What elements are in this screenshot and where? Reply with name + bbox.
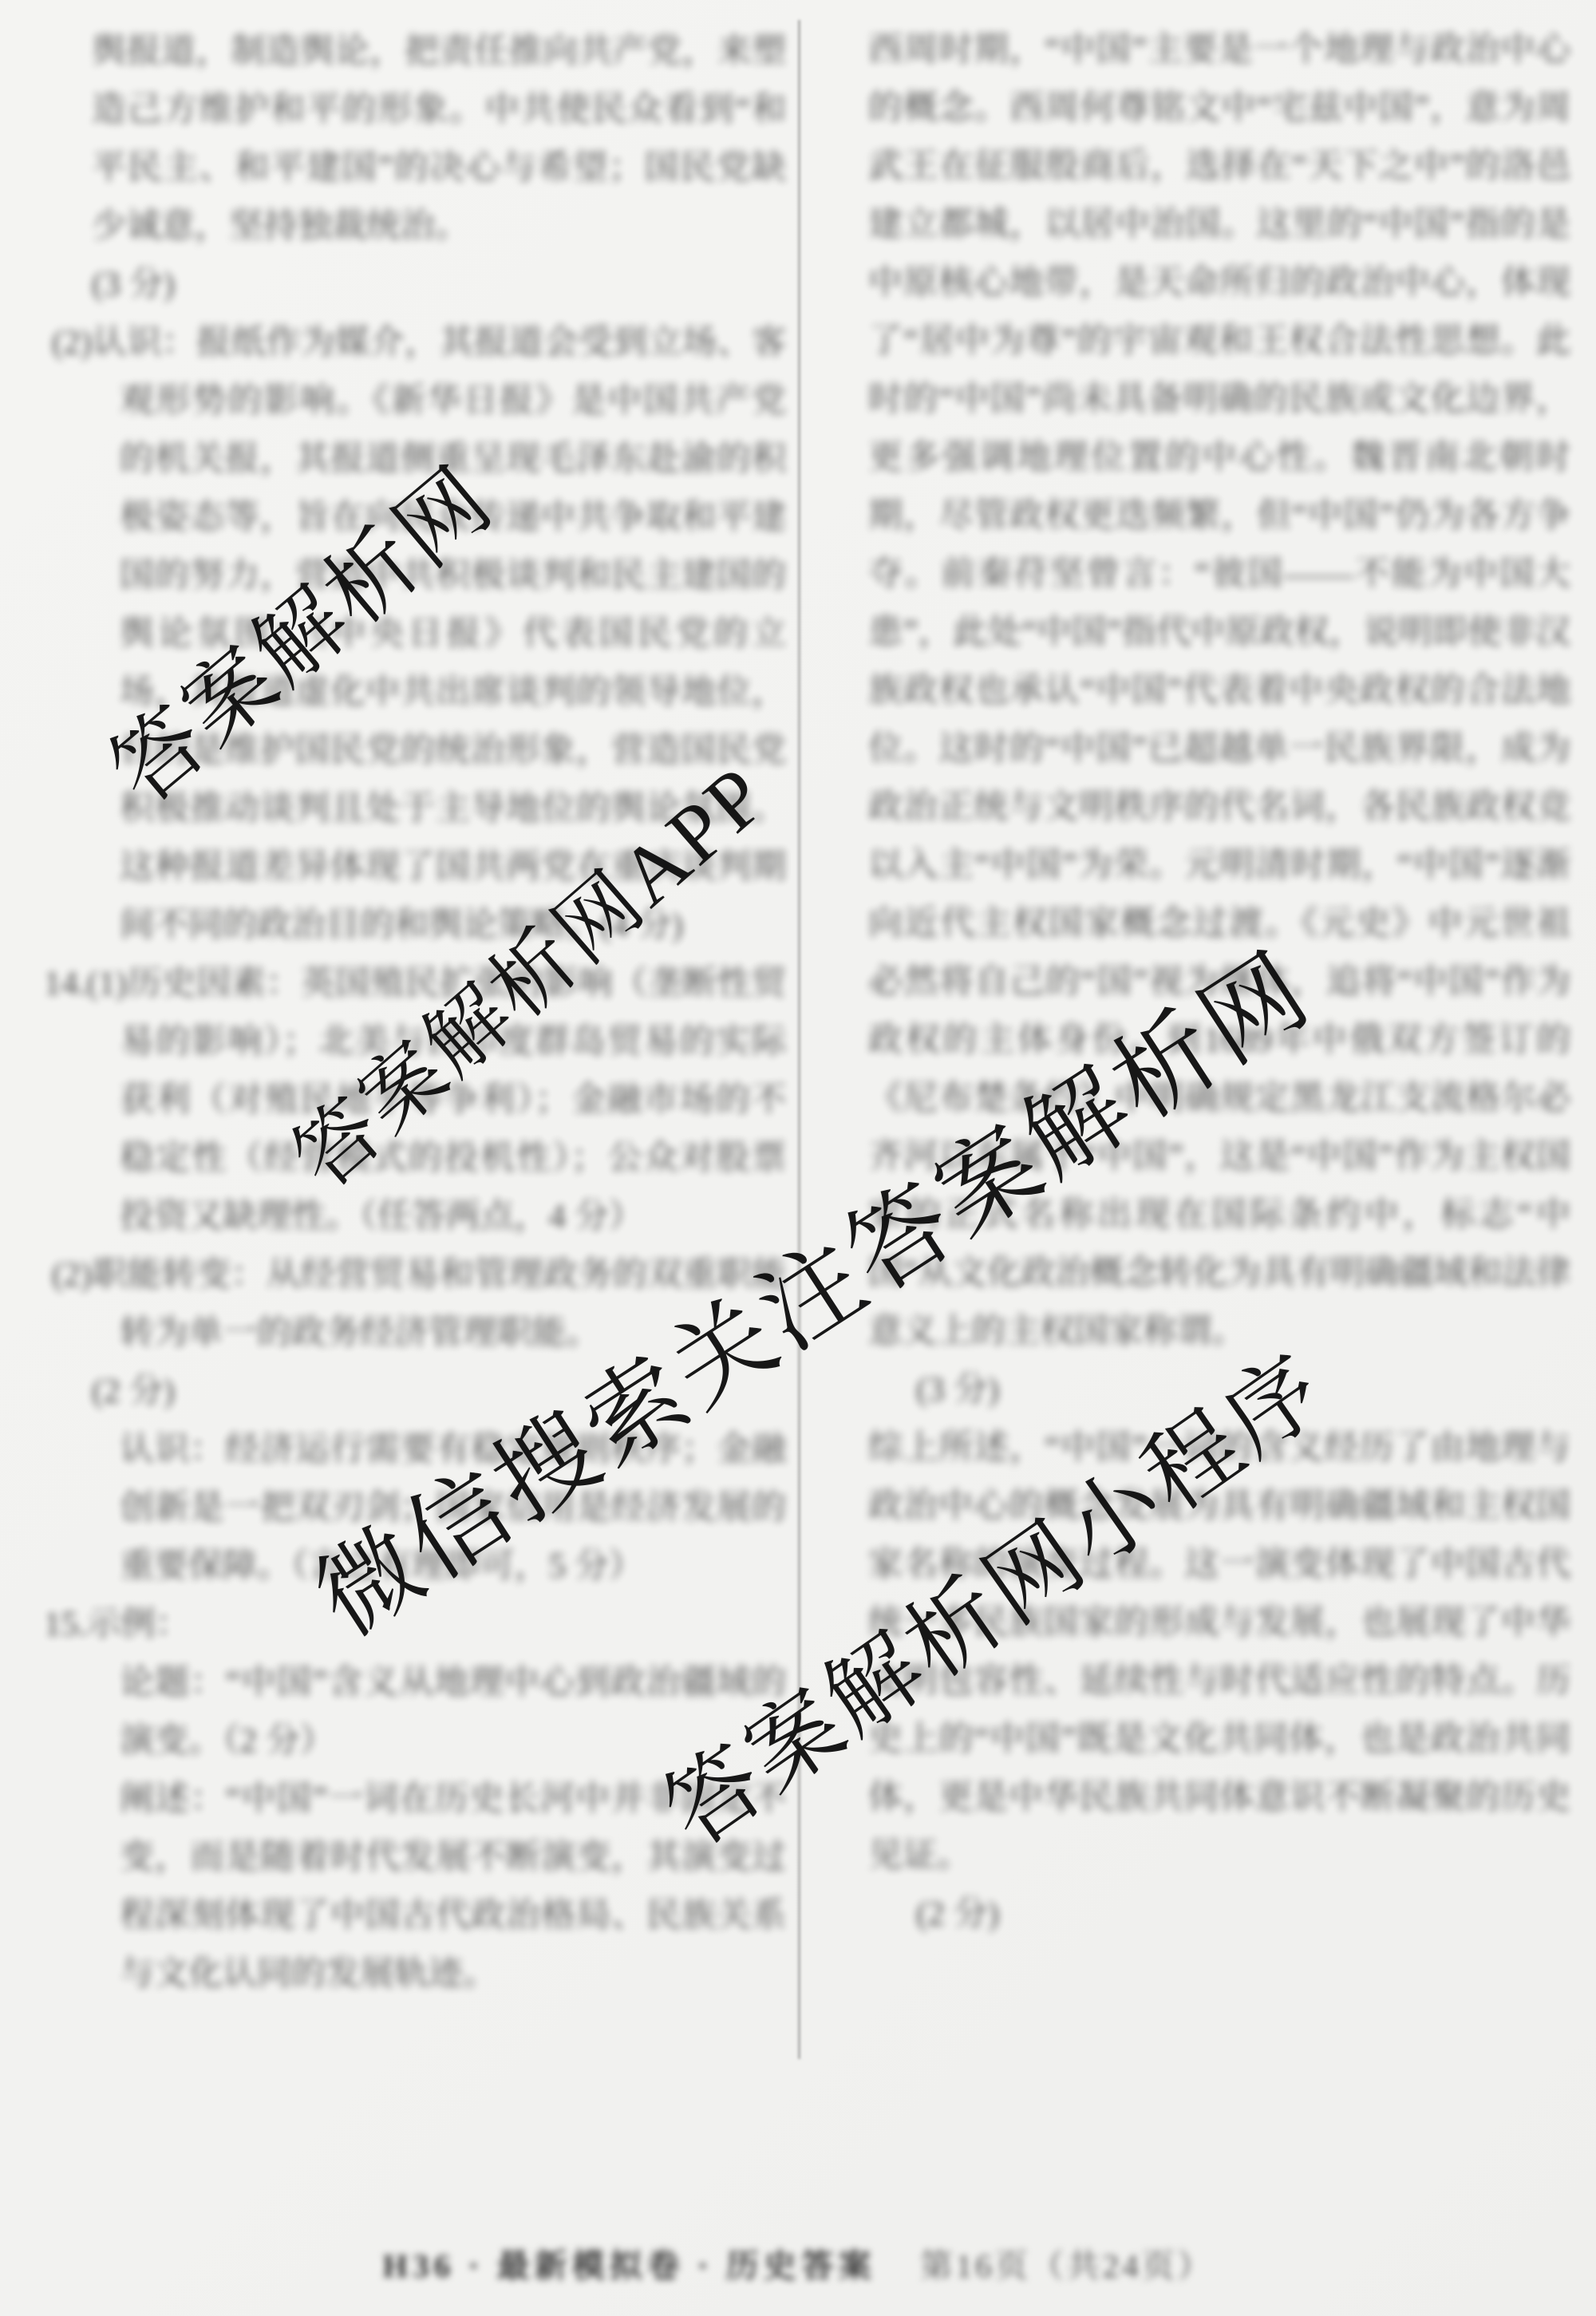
answer-paragraph: 舆报道，制造舆论，把责任推向共产党，来塑造己方维护和平的形象。中共使民众看到“和… [44,22,786,255]
answer-paragraph: (3 分) [44,255,786,314]
footer-page-number: 第16页（共24页） [920,2239,1214,2286]
answer-paragraph: (2 分) [868,1885,1570,1943]
scanned-answer-page: 舆报道，制造舆论，把责任推向共产党，来塑造己方维护和平的形象。中共使民众看到“和… [0,0,1596,2316]
footer-exam-title: H36 · 最新模拟卷 · 历史答案 [382,2239,875,2286]
page-footer: H36 · 最新模拟卷 · 历史答案 第16页（共24页） [382,2239,1213,2286]
